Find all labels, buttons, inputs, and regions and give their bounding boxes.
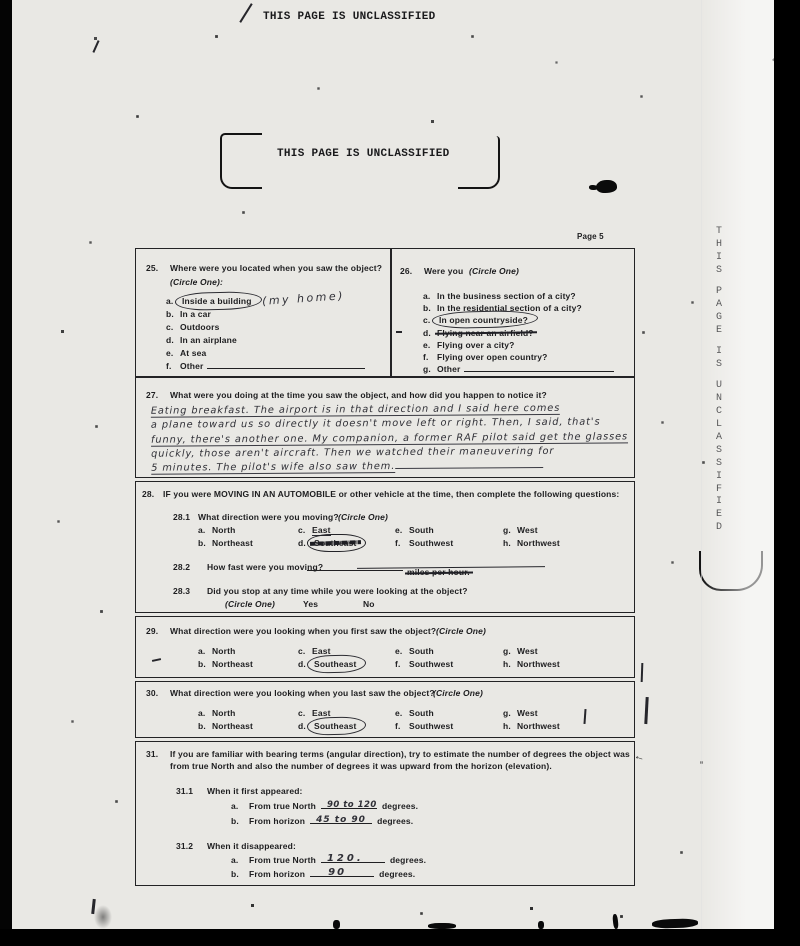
direction-option-southeast-scribbled: Southeast	[312, 537, 358, 550]
option-letter: f.	[423, 351, 437, 363]
answer-line: funny, there's another one. My companion…	[151, 431, 628, 446]
direction-option-north: a.North	[198, 645, 298, 658]
question-31-text-line2: from true North and also the number of d…	[170, 761, 552, 771]
scanned-questionnaire-page: THIS PAGE IS UNCLASSIFIED THIS PAGE IS U…	[0, 0, 800, 946]
direction-option-southwest: f.Southwest	[395, 537, 503, 550]
option-letter: b.	[423, 302, 437, 314]
question-31-number: 31.	[146, 749, 158, 759]
question-30-hint: (Circle One)	[433, 688, 483, 698]
question-25-text: Where were you located when you saw the …	[170, 263, 382, 273]
option-letter: c.	[166, 321, 180, 334]
option-letter: g.	[423, 363, 437, 375]
option-letter: b.	[231, 869, 249, 879]
option-letter: e.	[395, 707, 409, 720]
degree-blank-line: 45 to 90	[310, 816, 372, 824]
degree-blank-line: 90	[310, 869, 374, 877]
question-26-hint: (Circle One)	[469, 266, 519, 276]
option-label: South	[409, 708, 434, 718]
answer-line: quickly, those aren't aircraft. Then we …	[151, 446, 554, 460]
option-letter: b.	[198, 720, 212, 733]
edge-smudge	[612, 914, 619, 929]
question-26-options: a.In the business section of a city? b.I…	[423, 290, 614, 375]
option-label: At sea	[180, 348, 206, 358]
direction-option-northeast: b.Northeast	[198, 537, 298, 550]
answer-line: 5 minutes. The pilot's wife also saw the…	[151, 461, 395, 475]
direction-column: a.North b.Northeast	[198, 524, 298, 550]
option-label: Southwest	[409, 659, 453, 669]
other-blank-line	[464, 364, 614, 372]
paper-sheet: THIS PAGE IS UNCLASSIFIED THIS PAGE IS U…	[0, 0, 774, 929]
option-label: Northwest	[517, 659, 560, 669]
direction-option-south: e.South	[395, 707, 503, 720]
question-28-3-yes: Yes	[303, 599, 318, 609]
question-29-direction-options: a.North b.Northeast c.East d.Southeast e…	[198, 645, 593, 671]
option-label: West	[517, 646, 538, 656]
answer-line: Eating breakfast. The airport is in that…	[151, 403, 560, 418]
direction-option-northwest: h.Northwest	[503, 537, 593, 550]
question-28-2-number: 28.2	[173, 562, 190, 572]
direction-option-northeast: b.Northeast	[198, 658, 298, 671]
ink-blob	[596, 180, 617, 193]
option-letter: g.	[503, 645, 517, 658]
option-letter: e.	[395, 524, 409, 537]
option-label: Flying over a city?	[437, 340, 514, 350]
direction-option-north: a.North	[198, 707, 298, 720]
stray-mark	[644, 697, 648, 724]
question-27-text: What were you doing at the time you saw …	[170, 390, 547, 400]
question-28-3-number: 28.3	[173, 586, 190, 596]
question-31-1b-row: b.From horizon45 to 90degrees.	[231, 816, 413, 826]
option-26g: g.Other	[423, 363, 614, 375]
question-30-direction-options: a.North b.Northeast c.East d.Southeast e…	[198, 707, 593, 733]
question-31-2a-row: a.From true North120.degrees.	[231, 855, 426, 865]
option-26d: d.Flying near an airfield?	[423, 327, 614, 339]
direction-column: e.South f.Southwest	[395, 707, 503, 733]
option-26c: c.In open countryside?	[423, 314, 614, 326]
question-31-2-number: 31.2	[176, 841, 193, 851]
direction-column: g.West h.Northwest	[503, 645, 593, 671]
question-28-3-text: Did you stop at any time while you were …	[207, 586, 468, 596]
option-label: In the business section of a city?	[437, 291, 576, 301]
option-25f: f.Other	[166, 360, 365, 373]
question-28-3-hint: (Circle One)	[225, 599, 275, 609]
option-26c-label-circled: In open countryside?	[437, 314, 530, 326]
direction-option-west: g.West	[503, 524, 593, 537]
direction-option-southwest: f.Southwest	[395, 720, 503, 733]
question-28-1-text: What direction were you moving?	[198, 512, 339, 522]
stamp-unclassified-banner: THIS PAGE IS UNCLASSIFIED	[277, 148, 450, 160]
option-label: Northeast	[212, 721, 253, 731]
question-29-hint: (Circle One)	[436, 626, 486, 636]
question-30-number: 30.	[146, 688, 158, 698]
option-label: North	[212, 525, 235, 535]
option-label: In a car	[180, 309, 211, 319]
direction-option-west: g.West	[503, 645, 593, 658]
question-26-text: Were you	[424, 266, 463, 276]
option-label: Outdoors	[180, 322, 219, 332]
option-letter: e.	[423, 339, 437, 351]
question-30-text: What direction were you looking when you…	[170, 688, 435, 698]
option-label: Southwest	[409, 721, 453, 731]
option-letter: h.	[503, 658, 517, 671]
option-letter: h.	[503, 537, 517, 550]
option-letter: c.	[298, 524, 312, 537]
option-letter: c.	[298, 645, 312, 658]
option-label: South	[409, 525, 434, 535]
direction-column: c.East d.Southeast	[298, 524, 395, 550]
question-28-1-number: 28.1	[173, 512, 190, 522]
option-label: North	[212, 708, 235, 718]
direction-column: a.North b.Northeast	[198, 707, 298, 733]
option-letter: a.	[423, 290, 437, 302]
direction-option-south: e.South	[395, 524, 503, 537]
direction-column: e.South f.Southwest	[395, 524, 503, 550]
option-label: Northwest	[517, 538, 560, 548]
option-label: West	[517, 708, 538, 718]
option-letter: a.	[198, 707, 212, 720]
option-letter: a.	[198, 645, 212, 658]
degree-row-suffix: degrees.	[377, 816, 413, 826]
option-label: In an airplane	[180, 335, 237, 345]
option-letter: a.	[198, 524, 212, 537]
direction-column: g.West h.Northwest	[503, 707, 593, 733]
question-29-number: 29.	[146, 626, 158, 636]
box-column-divider	[390, 249, 392, 376]
option-letter: h.	[503, 720, 517, 733]
handwritten-degree-value: 90 to 120	[327, 800, 377, 810]
option-label: Northeast	[212, 659, 253, 669]
option-letter: f.	[166, 360, 180, 373]
question-29-text: What direction were you looking when you…	[170, 626, 436, 636]
option-25d: d.In an airplane	[166, 334, 365, 347]
handwritten-degree-value: 45 to 90	[316, 815, 366, 825]
degree-row-suffix: degrees.	[382, 801, 418, 811]
option-label: Northeast	[212, 538, 253, 548]
top-unclassified-banner: THIS PAGE IS UNCLASSIFIED	[263, 11, 436, 23]
question-26-number: 26.	[400, 266, 412, 276]
degree-row-label: From true North	[249, 801, 316, 811]
option-25a-label-circled: Inside a building	[180, 295, 254, 308]
edge-smudge	[652, 918, 698, 929]
option-letter: b.	[166, 308, 180, 321]
degree-row-label: From horizon	[249, 869, 305, 879]
direction-option-west: g.West	[503, 707, 593, 720]
question-25-hint: (Circle One):	[170, 277, 223, 287]
direction-option-southeast: d.Southeast	[298, 537, 395, 550]
direction-column: e.South f.Southwest	[395, 645, 503, 671]
edge-smudge	[428, 923, 456, 929]
question-28-2-text: How fast were you moving?	[207, 562, 323, 572]
option-letter: f.	[395, 658, 409, 671]
other-blank-line	[207, 361, 365, 369]
stamp-bracket-right	[458, 136, 500, 189]
option-letter: a.	[231, 855, 249, 865]
option-letter: b.	[198, 537, 212, 550]
degree-blank-line: 120.	[321, 855, 385, 863]
stamp-bracket-left	[220, 133, 262, 189]
direction-option-southeast-circled: Southeast	[312, 658, 358, 671]
question-31-2b-row: b.From horizon90degrees.	[231, 869, 415, 879]
option-letter: g.	[503, 524, 517, 537]
option-25c: c.Outdoors	[166, 321, 365, 334]
direction-column: c.East d.Southeast	[298, 645, 395, 671]
option-letter: g.	[503, 707, 517, 720]
direction-option-south: e.South	[395, 645, 503, 658]
smudge-mark	[94, 905, 112, 929]
option-label: Southwest	[409, 538, 453, 548]
option-label: West	[517, 525, 538, 535]
option-label: North	[212, 646, 235, 656]
option-25e: e.At sea	[166, 347, 365, 360]
option-label: South	[409, 646, 434, 656]
option-label: Other	[180, 361, 203, 371]
direction-column: g.West h.Northwest	[503, 524, 593, 550]
question-31-1a-row: a.From true North90 to 120degrees.	[231, 801, 418, 811]
handwritten-degree-value: 120.	[327, 853, 364, 864]
scan-curve-mark	[741, 2, 774, 69]
direction-option-northwest: h.Northwest	[503, 720, 593, 733]
option-label: Flying over open country?	[437, 352, 547, 362]
degree-blank-line: 90 to 120	[321, 801, 377, 809]
question-27-number: 27.	[146, 390, 158, 400]
stray-mark	[239, 3, 252, 23]
side-bracket-mark	[699, 551, 763, 591]
side-unclassified-banner: THISPAGEISUNCLASSIFIED	[712, 226, 726, 535]
option-letter: b.	[231, 816, 249, 826]
option-26a: a.In the business section of a city?	[423, 290, 614, 302]
question-31-1-number: 31.1	[176, 786, 193, 796]
direction-option-southeast: d.Southeast	[298, 720, 395, 733]
option-26d-label-struck: Flying near an airfield?	[437, 327, 534, 339]
handwritten-degree-value: 90	[328, 867, 346, 878]
question-31-2-text: When it disappeared:	[207, 841, 296, 851]
direction-option-northeast: b.Northeast	[198, 720, 298, 733]
question-28-1-direction-options: a.North b.Northeast c.East d.Southeast e…	[198, 524, 593, 550]
direction-option-southeast-circled: Southeast	[312, 720, 358, 733]
question-28-3-no: No	[363, 599, 375, 609]
direction-column: c.East d.Southeast	[298, 707, 395, 733]
direction-option-north: a.North	[198, 524, 298, 537]
option-letter: d.	[166, 334, 180, 347]
option-26e: e.Flying over a city?	[423, 339, 614, 351]
option-letter: a.	[231, 801, 249, 811]
edge-smudge	[333, 920, 340, 929]
question-28-number: 28.	[142, 489, 154, 499]
option-label: Northwest	[517, 721, 560, 731]
answer-line: a plane toward us so directly it doesn't…	[151, 417, 601, 431]
degree-row-label: From true North	[249, 855, 316, 865]
degree-row-suffix: degrees.	[390, 855, 426, 865]
question-28-text: IF you were MOVING IN AN AUTOMOBILE or o…	[163, 489, 619, 499]
question-28-1-hint: (Circle One)	[338, 512, 388, 522]
stray-mark	[641, 663, 644, 682]
option-letter: b.	[198, 658, 212, 671]
degree-row-label: From horizon	[249, 816, 305, 826]
direction-column: a.North b.Northeast	[198, 645, 298, 671]
option-26f: f.Flying over open country?	[423, 351, 614, 363]
edge-smudge	[538, 921, 544, 929]
option-letter: c.	[298, 707, 312, 720]
question-25-number: 25.	[146, 263, 158, 273]
question-31-text-line1: If you are familiar with bearing terms (…	[170, 749, 630, 759]
scan-black-edge-left	[0, 0, 12, 929]
answer-rule-line	[395, 459, 543, 469]
direction-option-southeast: d.Southeast	[298, 658, 395, 671]
question-27-handwritten-answer: Eating breakfast. The airport is in that…	[151, 401, 637, 476]
page-number: Page 5	[577, 232, 604, 241]
direction-option-southwest: f.Southwest	[395, 658, 503, 671]
option-letter: f.	[395, 720, 409, 733]
option-letter: e.	[395, 645, 409, 658]
direction-option-northwest: h.Northwest	[503, 658, 593, 671]
option-letter: f.	[395, 537, 409, 550]
option-label: Other	[437, 364, 460, 374]
option-letter: e.	[166, 347, 180, 360]
stray-mark	[92, 40, 99, 53]
question-31-1-text: When it first appeared:	[207, 786, 303, 796]
degree-row-suffix: degrees.	[379, 869, 415, 879]
